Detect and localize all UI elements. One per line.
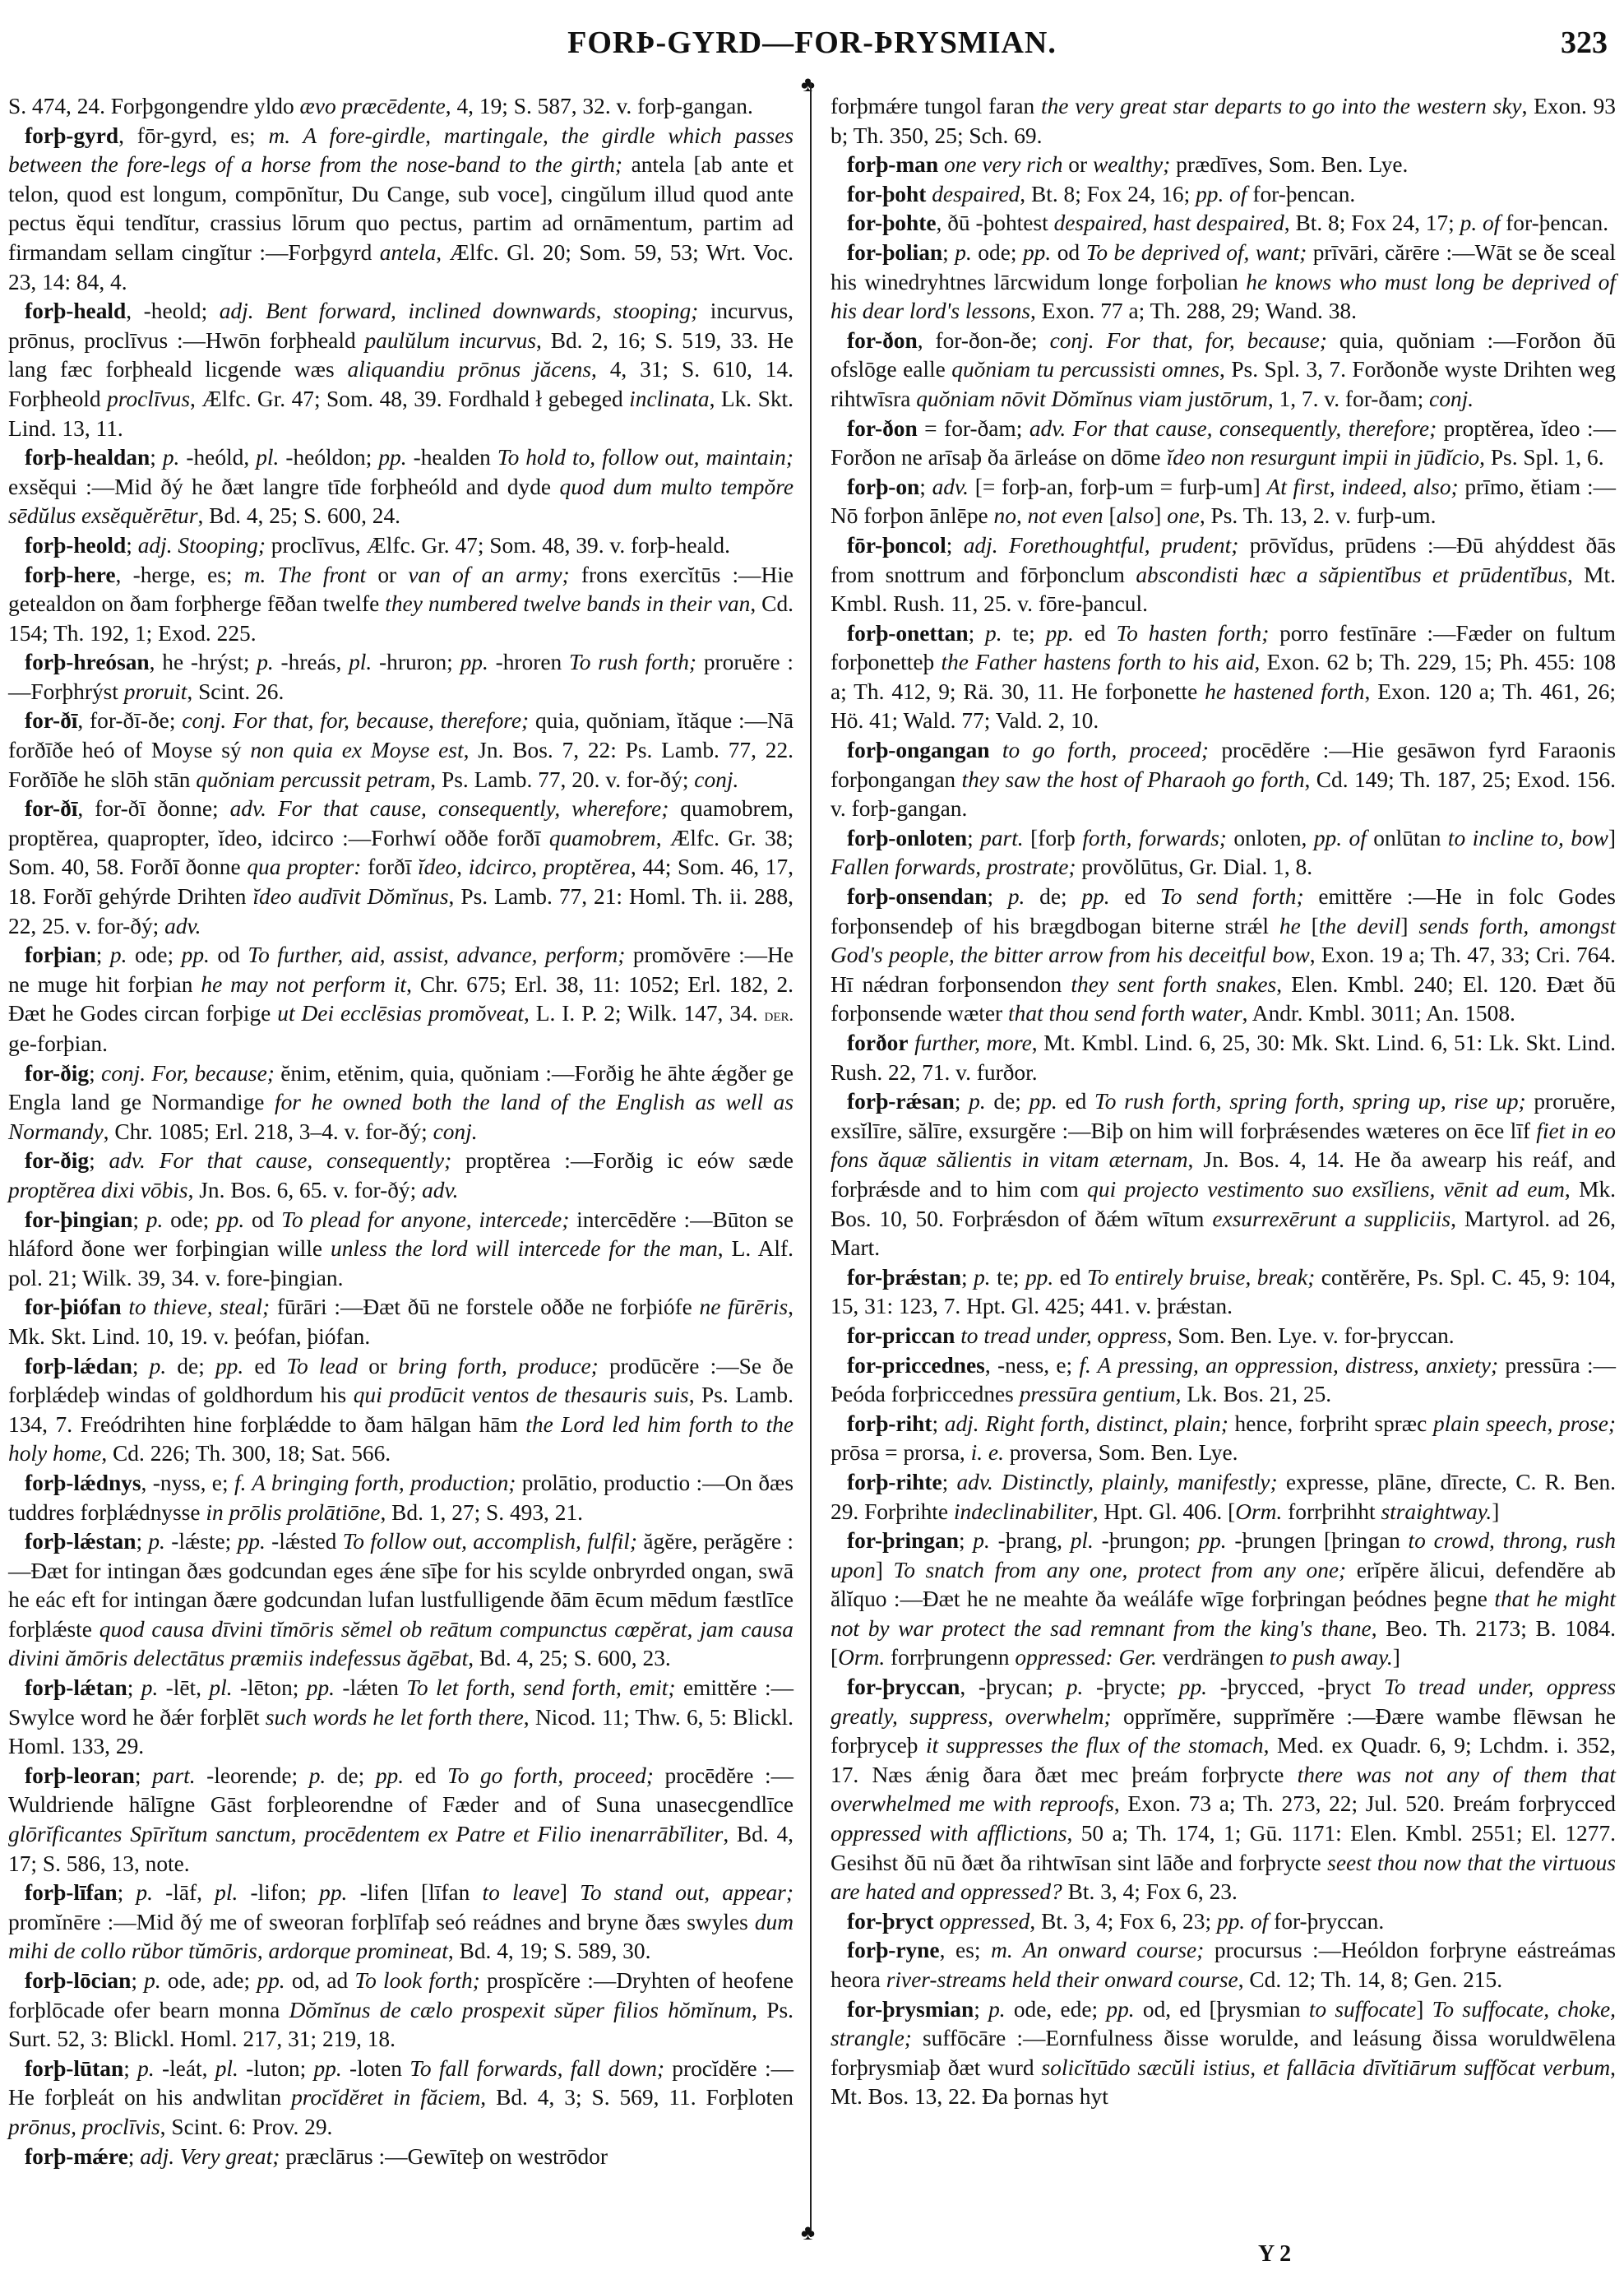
entry-text: ed (1110, 884, 1160, 909)
entry-text: , Scint. 6: Prov. 29. (160, 2115, 333, 2139)
entry-text: p. of (1460, 211, 1501, 235)
entry-text: ] (1400, 914, 1418, 938)
entry-text: ge-forþian. (8, 1031, 108, 1056)
entry-text: , Bt. 8; Fox 24, 16; (1020, 182, 1196, 206)
entry-text: pp. (319, 1880, 347, 1905)
dictionary-entry: for-ðig; adv. For that cause, consequent… (8, 1147, 793, 1205)
entry-text: quŏniam tu percussisti omnes (951, 357, 1219, 382)
entry-text: quŏniam nōvit Dŏmĭnus viam justōrum (916, 387, 1268, 411)
entry-text: exsurrexērunt a suppliciis (1212, 1207, 1450, 1231)
entry-text: adj. Stooping; (138, 533, 266, 558)
entry-text: indeclinabiliter (954, 1499, 1093, 1524)
entry-text: To rush forth; (569, 650, 696, 674)
entry-text: præclārus :—Gewīteþ on westrōdor (280, 2144, 608, 2169)
dictionary-entry: for-þrysmian; p. ode, ede; pp. od, ed [þ… (831, 1995, 1616, 2112)
dictionary-entry: forþ-ongangan to go forth, proceed; proc… (831, 736, 1616, 824)
entry-text: -lēton; (233, 1675, 307, 1700)
entry-text: ; (123, 2056, 137, 2081)
entry-text: pl. (256, 445, 279, 470)
entry-text: m. The front (244, 563, 366, 587)
entry-text: ; (959, 1528, 973, 1553)
entry-text: glōrĭficantes Spīrĭtum sanctum, procēden… (8, 1822, 723, 1846)
dictionary-entry: forþian; p. ode; pp. od To further, aid,… (8, 941, 793, 1059)
entry-text: antela (380, 240, 436, 265)
entry-text: ; (150, 445, 163, 470)
entry-text: -þrungon; (1094, 1528, 1199, 1553)
left-column: S. 474, 24. Forþgongendre yldo ævo præcē… (8, 92, 793, 2171)
entry-text: ] (560, 1880, 580, 1905)
headword: for-þryccan (847, 1675, 960, 1699)
entry-text: pp. (182, 943, 210, 967)
entry-text: te; (1002, 621, 1046, 646)
entry-text: Dŏmĭnus de cælo prospexit sŭper filios h… (289, 1998, 752, 2022)
entry-text: , Lk. Bos. 21, 25. (1176, 1382, 1331, 1406)
entry-text: qua propter: (247, 855, 361, 879)
entry-text: aliquandiu prōnus jăcens (347, 357, 591, 382)
entry-text: p. (988, 1997, 1006, 2022)
headword: for-þringan (847, 1528, 959, 1553)
dictionary-entry: forþ-on; adv. [= forþ-an, forþ-um = furþ… (831, 473, 1616, 531)
entry-text: To go forth, proceed; (447, 1763, 654, 1788)
entry-text: Fallen forwards, prostrate; (831, 855, 1076, 879)
entry-text: to tread under, oppress (960, 1323, 1167, 1348)
entry-text: , 1, 7. v. for-ðam; (1268, 387, 1429, 411)
dictionary-entry: for-þrǽstan; p. te; pp. ed To entirely b… (831, 1263, 1616, 1322)
entry-text: To stand out, appear; (580, 1880, 793, 1905)
entry-text: od, ed [þrysmian (1135, 1997, 1309, 2022)
entry-text: p. (163, 445, 180, 470)
entry-text: or (1062, 152, 1093, 177)
entry-text: to push away. (1270, 1645, 1393, 1670)
entry-text: -leát, (155, 2056, 215, 2081)
entry-text: , Ps. Spl. 1, 6. (1479, 445, 1603, 470)
entry-text: quŏniam percussit petram (196, 767, 430, 792)
entry-text: p. (309, 1763, 326, 1788)
entry-text: to suffocate (1309, 1997, 1416, 2022)
dictionary-entry: forþ-lǽdan; p. de; pp. ed To lead or bri… (8, 1352, 793, 1469)
dictionary-entry: forþ-healdan; p. -heóld, pl. -heóldon; p… (8, 443, 793, 531)
headword: forþ-hreósan (25, 650, 150, 674)
entry-text: p. (150, 1354, 167, 1378)
entry-text: quamobrem (549, 826, 656, 850)
entry-text: proclīvus (107, 387, 190, 411)
entry-text: -þrycte; (1083, 1675, 1178, 1699)
headword: forþ-lūtan (25, 2056, 123, 2081)
entry-text: ; (118, 1880, 136, 1905)
headword: forþ-mǽre (25, 2144, 128, 2169)
headword: forþ-riht (847, 1411, 932, 1436)
entry-text: adv. For that cause, consequently; (109, 1148, 452, 1173)
entry-text: it suppresses the flux of the stomach (926, 1733, 1264, 1758)
entry-text: ; (919, 475, 932, 499)
dictionary-entry: for-ðon = for-ðam; adv. For that cause, … (831, 415, 1616, 473)
entry-text: ed (1053, 1265, 1087, 1290)
entry-text: To send forth; (1160, 884, 1304, 909)
entry-text: od (210, 943, 248, 967)
ornament-bottom-icon: ♣ (801, 2221, 815, 2245)
entry-text: f. A bringing forth, production; (234, 1471, 516, 1495)
dictionary-entry: forþ-rihte; adv. Distinctly, plainly, ma… (831, 1468, 1616, 1526)
entry-text: , 4, 19; S. 587, 32. v. forþ-gangan. (446, 94, 753, 118)
entry-text: ĭdeo audīvit Dŏmĭnus (252, 884, 448, 909)
entry-text: forrþrungenn (885, 1645, 1015, 1670)
entry-text: straightway. (1381, 1499, 1492, 1524)
dictionary-entry: for-priccednes, -ness, e; f. A pressing,… (831, 1351, 1616, 1410)
entry-text: -þrungen [þringan (1227, 1528, 1409, 1553)
entry-text: one very rich (944, 152, 1063, 177)
entry-text: ; (126, 533, 137, 558)
entry-text: , he -hrýst; (150, 650, 257, 674)
headword: for-þolian (847, 240, 942, 265)
entry-text: de; (1025, 884, 1081, 909)
entry-text: fūrāri :—Ðæt ðū ne forstele oððe ne forþ… (270, 1295, 699, 1319)
entry-text: , Hpt. Gl. 406. [ (1093, 1499, 1235, 1524)
entry-text: proruit (124, 679, 187, 704)
headword: forþ-lǽdnys (25, 1471, 141, 1495)
entry-text: To rush forth, spring forth, spring up, … (1094, 1089, 1526, 1114)
entry-text: or (358, 1354, 398, 1378)
entry-text: adv. (422, 1178, 458, 1202)
entry-text: procĭdĕret in făciem (291, 2085, 480, 2110)
entry-text: ; (127, 1675, 141, 1700)
entry-text: ; (132, 1354, 150, 1378)
entry-text: despaired (932, 182, 1020, 206)
entry-text (909, 1031, 915, 1055)
entry-text: ; (96, 943, 110, 967)
entry-text (938, 152, 944, 177)
headword: forþ-lǽstan (25, 1529, 136, 1554)
entry-text: -leorende; (196, 1763, 309, 1788)
entry-text: also (1117, 503, 1154, 528)
entry-text: prōsa = prorsa, (831, 1440, 971, 1465)
entry-text: p. (146, 1207, 164, 1232)
headword: forþ-rǽsan (847, 1089, 955, 1114)
entry-text: river-streams held their onward course (886, 1967, 1238, 1992)
headword: forþ-healdan (25, 445, 150, 470)
dictionary-entry: forþ-lōcian; p. ode, ade; pp. od, ad To … (8, 1967, 793, 2055)
entry-text: ; (942, 1470, 957, 1494)
entry-text: prædīves, Som. Ben. Lye. (1170, 152, 1408, 177)
dictionary-entry: for-þiófan to thieve, steal; fūrāri :—Ðæ… (8, 1293, 793, 1351)
dictionary-entry: for-ðig; conj. For, because; ĕnim, etĕni… (8, 1059, 793, 1147)
entry-text: S. 474, 24. Forþgongendre yldo (8, 94, 300, 118)
entry-text: [= forþ-an, forþ-um = furþ-um] (969, 475, 1267, 499)
entry-text: solicĭtūdo sæcŭli istius, et fallācia dī… (1042, 2055, 1611, 2080)
entry-text: pp. (1198, 1528, 1226, 1553)
dictionary-entry: forþ-riht; adj. Right forth, distinct, p… (831, 1410, 1616, 1468)
dictionary-entry: forþ-mǽre; adj. Very great; præclārus :—… (8, 2143, 793, 2172)
entry-text: proptĕrea :—Forðig ic eów sæde (451, 1148, 793, 1173)
entry-text: , -ness, e; (985, 1353, 1080, 1378)
entry-text: pl. (215, 2056, 238, 2081)
dictionary-entry: for-þringan; p. -þrang, pl. -þrungon; pp… (831, 1526, 1616, 1673)
entry-text: pl. (1071, 1528, 1094, 1553)
entry-text: od, ad (285, 1968, 355, 1993)
entry-text: -healden (407, 445, 497, 470)
headword: forþ-onsendan (847, 884, 987, 909)
entry-text: ævo præcēdente (300, 94, 446, 118)
entry-text: -hreás, (274, 650, 349, 674)
entry-text: ; (955, 1089, 969, 1114)
entry-text: pp. (215, 1354, 243, 1378)
entry-text: -lāf, (153, 1880, 215, 1905)
entry-text: pl. (349, 650, 372, 674)
headword: forþ-leoran (25, 1763, 135, 1788)
headword: forþ-heold (25, 533, 126, 558)
entry-text: conj. (694, 767, 738, 792)
entry-text: -loten (342, 2056, 409, 2081)
entry-text: To plead for anyone, intercede; (281, 1207, 569, 1232)
entry-text: pp. of (1314, 826, 1367, 850)
headword: for-ðig (25, 1148, 89, 1173)
entry-text: they saw the host of Pharaoh go forth (962, 767, 1305, 792)
entry-text: ; (961, 1265, 974, 1290)
dictionary-entry: forþ-here, -herge, es; m. The front or v… (8, 561, 793, 649)
headword: for-ðon (847, 328, 918, 353)
entry-text: , Exon. 73 a; Th. 273, 22; Jul. 520. Þre… (1114, 1791, 1616, 1816)
entry-text: , -nyss, e; (141, 1471, 234, 1495)
headword: for-þingian (25, 1207, 132, 1232)
entry-text: , Chr. 1085; Erl. 218, 3–4. v. for-ðý; (104, 1119, 433, 1144)
entry-text: adv. For that cause, consequently, there… (1029, 416, 1437, 441)
entry-text: p. (1008, 884, 1025, 909)
entry-text: der. (765, 1004, 794, 1025)
dictionary-entry: S. 474, 24. Forþgongendre yldo ævo præcē… (8, 92, 793, 122)
entry-text: To lead (286, 1354, 358, 1378)
entry-text: ed (243, 1354, 286, 1378)
headword: forþ-lǽdan (25, 1354, 132, 1378)
entry-text: exsĕqui :—Mid ðý he ðæt langre tīde forþ… (8, 475, 560, 499)
entry-text: To hasten forth; (1116, 621, 1269, 646)
entry-text: At first, indeed, also; (1266, 475, 1458, 499)
page-title: FORÞ-GYRD—FOR-ÞRYSMIAN. (0, 25, 1624, 61)
entry-text: p. (148, 1529, 165, 1554)
entry-text: paulŭlum incurvus (364, 328, 536, 353)
entry-text: p. (974, 1265, 991, 1290)
entry-text: pp. (307, 1675, 335, 1700)
entry-text: ] (1492, 1499, 1499, 1524)
column-divider (810, 82, 812, 2237)
entry-text: m. An onward course; (991, 1938, 1204, 1962)
entry-text: adj. Bent forward, inclined downwards, s… (220, 299, 699, 323)
entry-text: To hold to, follow out, maintain; (497, 445, 793, 470)
entry-text: [forþ (1024, 826, 1083, 850)
entry-text: od (244, 1207, 281, 1232)
page-number: 323 (1561, 25, 1608, 61)
entry-text: forþmǽre tungol faran (831, 94, 1041, 118)
entry-text: , Bd. 4, 25; S. 600, 24. (197, 503, 400, 528)
entry-text: , L. I. P. 2; Wilk. 147, 34. (524, 1001, 765, 1026)
entry-text: the very great star departs to go into t… (1041, 94, 1522, 118)
headword: for-þoht (847, 182, 926, 206)
entry-text: pp. of (1196, 182, 1247, 206)
entry-text: = for-ðam; (918, 416, 1029, 441)
entry-text: they numbered twelve bands in their van (385, 591, 750, 616)
entry-text: -luton; (238, 2056, 314, 2081)
entry-text: qui prodūcit ventos de thesauris suis (354, 1383, 689, 1407)
dictionary-entry: for-þryccan, -þrycan; p. -þrycte; pp. -þ… (831, 1673, 1616, 1907)
headword: forðor (847, 1031, 909, 1055)
entry-text: forrþrihht (1282, 1499, 1381, 1524)
entry-text: oppressed (939, 1909, 1029, 1934)
entry-text: ; (89, 1061, 101, 1086)
dictionary-entry: forðor further, more, Mt. Kmbl. Lind. 6,… (831, 1029, 1616, 1087)
headword: for-þohte (847, 211, 937, 235)
dictionary-entry: forþ-leoran; part. -leorende; p. de; pp.… (8, 1762, 793, 1879)
dictionary-entry: for-þohte, ðū -þohtest despaired, hast d… (831, 209, 1616, 239)
entry-text: such words he let forth there (266, 1705, 524, 1730)
entry-text: , Ælfc. Gr. 47; Som. 48, 39. Fordhald ł … (190, 387, 629, 411)
entry-text: p. (969, 1089, 986, 1114)
entry-text: bring forth, produce; (398, 1354, 599, 1378)
entry-text: p. (144, 1968, 161, 1993)
entry-text: they sent forth snakes (1071, 972, 1276, 997)
headword: for-priccan (847, 1323, 955, 1348)
dictionary-entry: for-þryct oppressed, Bt. 3, 4; Fox 6, 23… (831, 1907, 1616, 1937)
entry-text: , for-ðī-ðe; (77, 708, 182, 733)
printer-signature: Y 2 (1258, 2241, 1291, 2268)
entry-text: ut Dei ecclēsias promŏveat (277, 1001, 524, 1026)
entry-text: adj. Very great; (140, 2144, 280, 2169)
headword: forþ-lōcian (25, 1968, 131, 1993)
entry-text: ] (1154, 503, 1167, 528)
entry-text: p. (137, 2056, 155, 2081)
entry-text: Orm. (838, 1645, 885, 1670)
dictionary-entry: forþ-līfan; p. -lāf, pl. -lifon; pp. -li… (8, 1879, 793, 1967)
entry-text: ; (946, 533, 964, 558)
headword: for-ðig (25, 1061, 89, 1086)
entry-text: de; (166, 1354, 215, 1378)
entry-text: -lifon; (238, 1880, 319, 1905)
entry-text: , Bd. 1, 27; S. 493, 21. (380, 1500, 583, 1525)
entry-text: , Bd. 4, 3; S. 569, 11. Forþloten (480, 2085, 793, 2110)
page-header: FORÞ-GYRD—FOR-ÞRYSMIAN. 323 (0, 25, 1624, 74)
entry-text: part. (152, 1763, 196, 1788)
entry-text: , for-ðī ðonne; (77, 796, 229, 821)
entry-text: , Bd. 4, 19; S. 589, 30. (448, 1939, 651, 1963)
entry-text: f. A pressing, an oppression, distress, … (1079, 1353, 1498, 1378)
entry-text: pp. (1106, 1997, 1134, 2022)
entry-text: de; (326, 1763, 376, 1788)
entry-text: pp. (313, 2056, 341, 2081)
entry-text: onlūtan (1367, 826, 1448, 850)
entry-text: , Cd. 226; Th. 300, 18; Sat. 566. (101, 1441, 391, 1466)
entry-text: ed (404, 1763, 447, 1788)
entry-text: van of an army; (408, 563, 569, 587)
entry-text: ; (132, 1207, 146, 1232)
entry-text: -hruron; (372, 650, 460, 674)
entry-text: , Ps. Th. 13, 2. v. furþ-um. (1200, 503, 1437, 528)
entry-text: in prōlis prolātiōne (206, 1500, 380, 1525)
entry-text: for-þencan. (1247, 182, 1356, 206)
ornament-top-icon: ♣ (801, 72, 815, 97)
entry-text: proptĕrea dixi vōbis (8, 1178, 188, 1202)
entry-text: , Cd. 12; Th. 14, 8; Gen. 215. (1238, 1967, 1502, 1992)
entry-text: adv. Distinctly, plainly, manifestly; (956, 1470, 1277, 1494)
entry-text: To snatch from any one, protect from any… (893, 1558, 1346, 1582)
entry-text: To follow out, accomplish, fulfil; (343, 1529, 637, 1554)
entry-text: abscondisti hæc a săpientĭbus et prūdent… (1136, 563, 1567, 587)
entry-text: pp. (460, 650, 488, 674)
entry-text: pl. (209, 1675, 232, 1700)
entry-text: he hastened forth (1205, 679, 1364, 704)
entry-text: to thieve, steal; (128, 1295, 270, 1319)
entry-text: prōnus, proclīvis (8, 2115, 160, 2139)
entry-text: ] (1393, 1645, 1400, 1670)
dictionary-entry: forþ-onsendan; p. de; pp. ed To send for… (831, 883, 1616, 1029)
entry-text: no, not even (994, 503, 1103, 528)
entry-text: p. (141, 1675, 159, 1700)
entry-text: -þrycced, -þryct (1207, 1675, 1384, 1699)
entry-text: forðī (361, 855, 418, 879)
entry-text: -lifen [līfan (347, 1880, 482, 1905)
headword: forþ-onettan (847, 621, 969, 646)
entry-text: that thou send forth water (1008, 1001, 1242, 1026)
entry-text: he (1279, 914, 1301, 938)
entry-text: p. (955, 240, 972, 265)
entry-text: -þrang, (990, 1528, 1071, 1553)
entry-text: , -heold; (126, 299, 219, 323)
entry-text: pp. (238, 1529, 266, 1554)
dictionary-entry: forþ-onloten; part. [forþ forth, forward… (831, 824, 1616, 883)
entry-text: conj. (1429, 387, 1474, 411)
dictionary-entry: forþ-lūtan; p. -leát, pl. -luton; pp. -l… (8, 2055, 793, 2143)
headword: for-þrysmian (847, 1997, 974, 2022)
entry-text: , Exon. 77 a; Th. 288, 29; Wand. 38. (1030, 299, 1357, 323)
entry-text: To entirely bruise, break; (1087, 1265, 1315, 1290)
entry-text: , -herge, es; (116, 563, 244, 587)
entry-text: Ger. (1118, 1645, 1156, 1670)
entry-text: , Scint. 26. (187, 679, 284, 704)
dictionary-entry: forþ-man one very rich or wealthy; prædī… (831, 151, 1616, 180)
entry-text: hence, forþriht spræc (1228, 1411, 1433, 1436)
entry-text: , fōr-gyrd, es; (118, 123, 268, 148)
entry-text: pp. (257, 1968, 285, 1993)
entry-text: forth, forwards; (1082, 826, 1227, 850)
headword: for-ðī (25, 796, 77, 821)
headword: forþ-onloten (847, 826, 967, 850)
entry-text: conj. For, because; (101, 1061, 275, 1086)
entry-text: one (1167, 503, 1200, 528)
entry-text: -lǽste; (165, 1529, 238, 1554)
entry-text: To further, aid, assist, advance, perfor… (248, 943, 625, 967)
entry-text: , Andr. Kmbl. 3011; An. 1508. (1242, 1001, 1515, 1026)
entry-text: -lǽsted (266, 1529, 343, 1554)
entry-text: conj. For that, for, because; (1050, 328, 1327, 353)
entry-text: conj. For that, for, because, therefore; (182, 708, 529, 733)
dictionary-entry: for-priccan to tread under, oppress, Som… (831, 1322, 1616, 1351)
entry-text: the Father hastens forth to his aid (941, 650, 1254, 674)
entry-text: adv. (164, 914, 201, 938)
entry-text: he may not perform it (201, 972, 406, 997)
headword: forþ-heald (25, 299, 126, 323)
dictionary-entry: fōr-þoncol; adj. Forethoughtful, prudent… (831, 531, 1616, 619)
entry-text: p. (257, 650, 274, 674)
entry-text: further, more (914, 1031, 1032, 1055)
headword: forþ-ryne (847, 1938, 940, 1962)
entry-text: pp. (1029, 1089, 1057, 1114)
entry-text: p. (136, 1880, 153, 1905)
entry-text: [ (1301, 914, 1319, 938)
entry-text: , Bd. 4, 25; S. 600, 23. (468, 1646, 671, 1670)
entry-text: pp. (1025, 1265, 1053, 1290)
entry-text: pp. (1081, 884, 1109, 909)
headword: forþ-gyrd (25, 123, 118, 148)
entry-text: ed (1074, 621, 1117, 646)
headword: for-ðī (25, 708, 77, 733)
entry-text: quod causa dīvini tĭmōris sĕmel ob reātu… (8, 1617, 793, 1671)
entry-text: -lǽten (335, 1675, 406, 1700)
